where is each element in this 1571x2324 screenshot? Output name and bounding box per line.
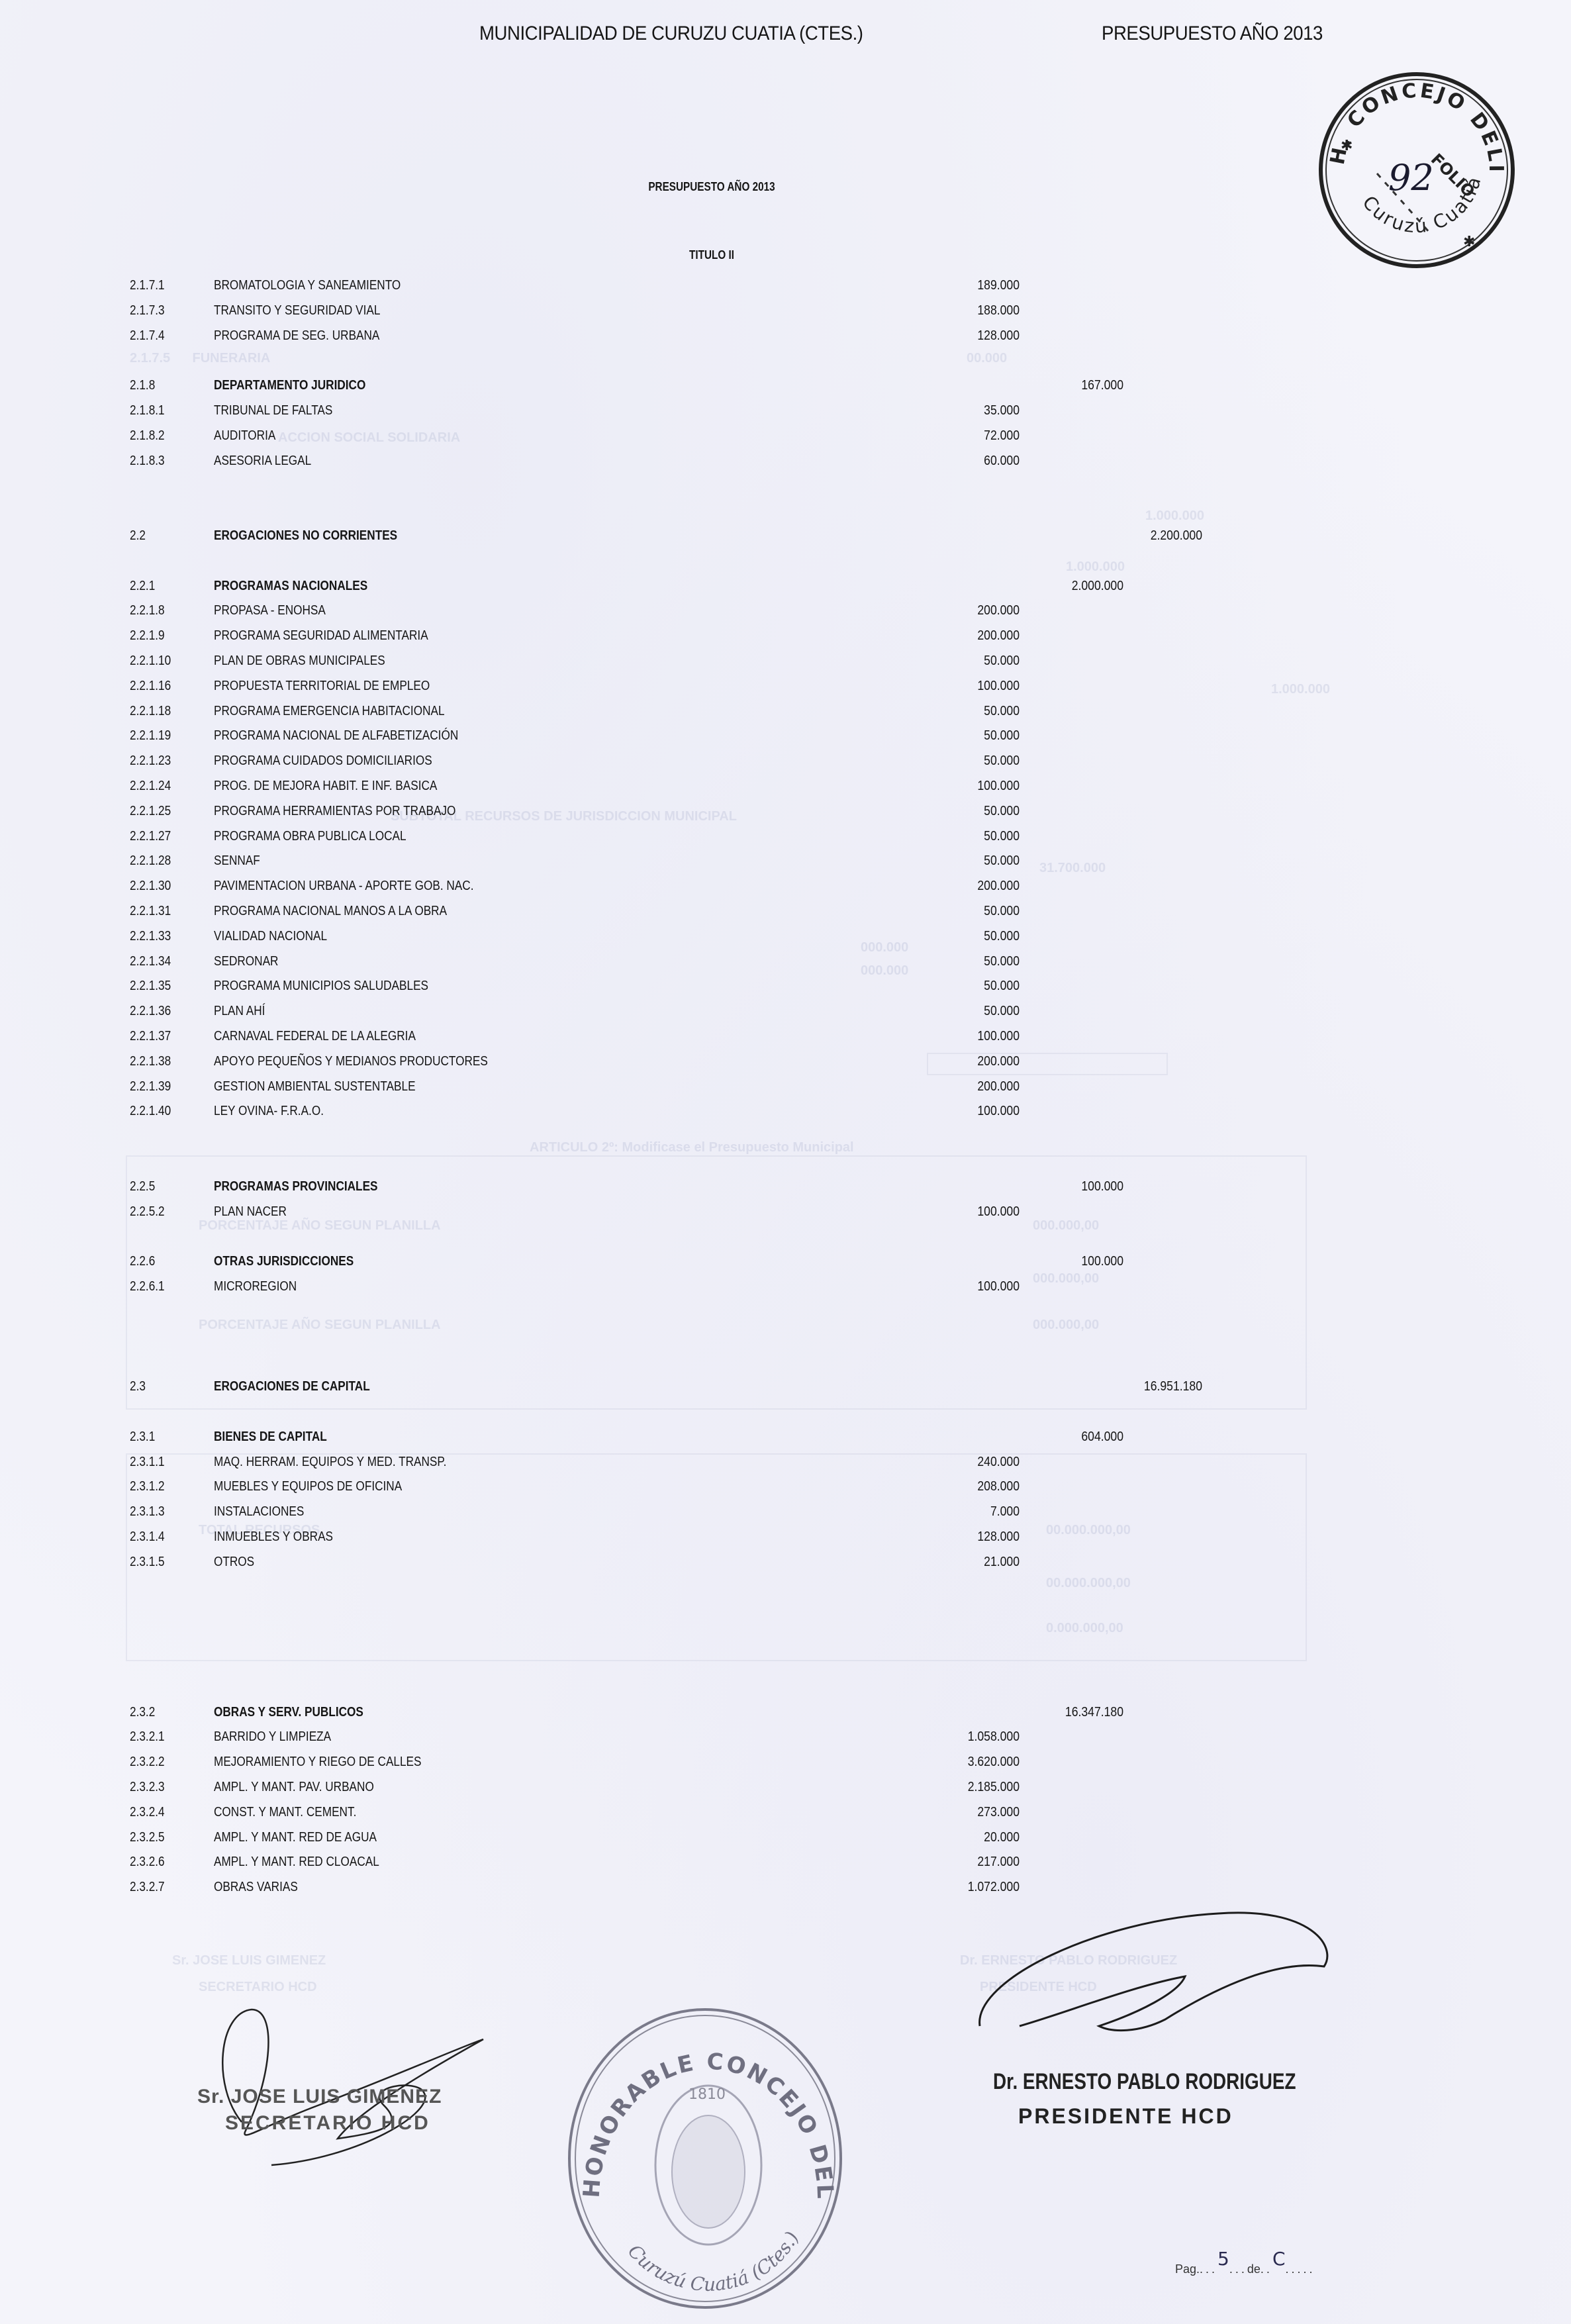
- amount-detail: 189.000: [868, 278, 1020, 293]
- table-row: 2.2.1.38APOYO PEQUEÑOS Y MEDIANOS PRODUC…: [0, 1054, 1571, 1074]
- amount-detail: 200.000: [868, 1079, 1020, 1094]
- account-description: TRANSITO Y SEGURIDAD VIAL: [214, 303, 380, 318]
- account-description: PROGRAMA OBRA PUBLICA LOCAL: [214, 829, 406, 844]
- account-description: PROGRAMAS NACIONALES: [214, 579, 367, 594]
- table-row: 2.1.8.3ASESORIA LEGAL60.000: [0, 454, 1571, 473]
- account-code: 2.2.1.10: [130, 654, 171, 669]
- account-code: 2.2.1.36: [130, 1004, 171, 1019]
- table-row: 2.3.1.2MUEBLES Y EQUIPOS DE OFICINA208.0…: [0, 1479, 1571, 1499]
- municipality-header: MUNICIPALIDAD DE CURUZU CUATIA (CTES.): [479, 23, 863, 45]
- amount-detail: 50.000: [868, 954, 1020, 969]
- account-description: EROGACIONES DE CAPITAL: [214, 1379, 370, 1394]
- account-code: 2.2.6.1: [130, 1279, 165, 1294]
- account-code: 2.2.1.28: [130, 853, 171, 869]
- account-description: PLAN DE OBRAS MUNICIPALES: [214, 654, 385, 669]
- amount-detail: 35.000: [868, 403, 1020, 418]
- account-code: 2.2.1: [130, 579, 155, 594]
- page-label: Pag.: [1175, 2262, 1200, 2276]
- account-description: PROGRAMAS PROVINCIALES: [214, 1179, 378, 1194]
- account-code: 2.3.2.1: [130, 1729, 165, 1745]
- account-code: 2.3.1.5: [130, 1555, 165, 1570]
- account-description: AMPL. Y MANT. RED CLOACAL: [214, 1855, 379, 1870]
- account-code: 2.3.1: [130, 1429, 155, 1445]
- page-total: C: [1272, 2248, 1286, 2270]
- amount-detail: 50.000: [868, 728, 1020, 744]
- table-row: 2.2.1.40LEY OVINA- F.R.A.O.100.000: [0, 1104, 1571, 1124]
- table-row: 2.2.1.35PROGRAMA MUNICIPIOS SALUDABLES50…: [0, 979, 1571, 998]
- table-row: 2.2.6.1MICROREGION100.000: [0, 1279, 1571, 1299]
- account-description: PROPASA - ENOHSA: [214, 603, 326, 618]
- amount-detail: 128.000: [868, 328, 1020, 344]
- account-description: PROGRAMA SEGURIDAD ALIMENTARIA: [214, 628, 428, 644]
- table-row: 2.2.1.23PROGRAMA CUIDADOS DOMICILIARIOS5…: [0, 753, 1571, 773]
- table-row: 2.3.2.4CONST. Y MANT. CEMENT.273.000: [0, 1805, 1571, 1825]
- amount-detail: 3.620.000: [868, 1755, 1020, 1770]
- amount-detail: 50.000: [868, 804, 1020, 819]
- account-code: 2.3.1.1: [130, 1455, 165, 1470]
- account-description: APOYO PEQUEÑOS Y MEDIANOS PRODUCTORES: [214, 1054, 488, 1069]
- table-section-row: 2.3.2OBRAS Y SERV. PUBLICOS16.347.180: [0, 1705, 1571, 1725]
- account-code: 2.1.8.3: [130, 454, 165, 469]
- page-current: 5: [1217, 2248, 1229, 2270]
- account-description: PROGRAMA EMERGENCIA HABITACIONAL: [214, 704, 445, 719]
- account-description: PROGRAMA CUIDADOS DOMICILIARIOS: [214, 753, 432, 769]
- account-code: 2.2.1.37: [130, 1029, 171, 1044]
- table-row: 2.2.1.19PROGRAMA NACIONAL DE ALFABETIZAC…: [0, 728, 1571, 748]
- table-section-row: 2.2.1PROGRAMAS NACIONALES2.000.000: [0, 579, 1571, 599]
- account-description: SEDRONAR: [214, 954, 278, 969]
- account-code: 2.3: [130, 1379, 146, 1394]
- table-row: 2.2.5.2PLAN NACER100.000: [0, 1204, 1571, 1224]
- table-row: 2.2.1.25PROGRAMA HERRAMIENTAS POR TRABAJ…: [0, 804, 1571, 824]
- council-seal-icon: HONORABLE CONCEJO DELIBERANTE Curuzú Cua…: [563, 2000, 847, 2311]
- account-code: 2.1.7.1: [130, 278, 165, 293]
- amount-detail: 2.185.000: [868, 1780, 1020, 1795]
- account-code: 2.2.1.23: [130, 753, 171, 769]
- table-row: 2.3.1.4INMUEBLES Y OBRAS128.000: [0, 1529, 1571, 1549]
- account-description: PROGRAMA MUNICIPIOS SALUDABLES: [214, 979, 428, 994]
- amount-detail: 240.000: [868, 1455, 1020, 1470]
- council-seal-year: 1810: [689, 2086, 726, 2103]
- secretary-name: Sr. JOSE LUIS GIMENEZ: [197, 2086, 442, 2108]
- table-row: 2.3.2.1BARRIDO Y LIMPIEZA1.058.000: [0, 1729, 1571, 1749]
- table-row: 2.3.2.6AMPL. Y MANT. RED CLOACAL217.000: [0, 1855, 1571, 1874]
- table-row: 2.2.1.28SENNAF50.000: [0, 853, 1571, 873]
- president-signature-icon: [967, 1894, 1337, 2046]
- account-description: ASESORIA LEGAL: [214, 454, 311, 469]
- account-code: 2.2.1.18: [130, 704, 171, 719]
- account-code: 2.1.7.3: [130, 303, 165, 318]
- account-description: GESTION AMBIENTAL SUSTENTABLE: [214, 1079, 416, 1094]
- account-code: 2.2.5: [130, 1179, 155, 1194]
- budget-year-header: PRESUPUESTO AÑO 2013: [1102, 23, 1323, 45]
- account-description: MEJORAMIENTO Y RIEGO DE CALLES: [214, 1755, 422, 1770]
- amount-detail: 50.000: [868, 853, 1020, 869]
- table-row: 2.1.8.2AUDITORIA72.000: [0, 428, 1571, 448]
- amount-detail: 100.000: [868, 679, 1020, 694]
- svg-text:✱: ✱: [1463, 233, 1475, 250]
- amount-detail: 50.000: [868, 704, 1020, 719]
- account-code: 2.2.6: [130, 1254, 155, 1269]
- table-row: 2.2.1.31PROGRAMA NACIONAL MANOS A LA OBR…: [0, 904, 1571, 924]
- account-description: PROPUESTA TERRITORIAL DE EMPLEO: [214, 679, 430, 694]
- section-title: TITULO II: [107, 248, 1317, 262]
- account-description: VIALIDAD NACIONAL: [214, 929, 327, 944]
- table-row: 2.2.1.27PROGRAMA OBRA PUBLICA LOCAL50.00…: [0, 829, 1571, 849]
- table-section-row: 2.1.8DEPARTAMENTO JURIDICO167.000: [0, 378, 1571, 398]
- amount-detail: 50.000: [868, 829, 1020, 844]
- account-code: 2.3.2.2: [130, 1755, 165, 1770]
- account-description: INSTALACIONES: [214, 1504, 304, 1520]
- account-code: 2.2.1.33: [130, 929, 171, 944]
- svg-text:✱: ✱: [1341, 137, 1353, 154]
- account-code: 2.2.1.38: [130, 1054, 171, 1069]
- account-code: 2.3.1.4: [130, 1529, 165, 1545]
- amount-detail: 50.000: [868, 904, 1020, 919]
- table-row: 2.3.2.5AMPL. Y MANT. RED DE AGUA20.000: [0, 1830, 1571, 1850]
- table-row: 2.2.1.18PROGRAMA EMERGENCIA HABITACIONAL…: [0, 704, 1571, 724]
- account-code: 2.3.2.4: [130, 1805, 165, 1820]
- account-code: 2.2.1.24: [130, 779, 171, 794]
- table-section-row: 2.3.1BIENES DE CAPITAL604.000: [0, 1429, 1571, 1449]
- table-row: 2.1.7.3TRANSITO Y SEGURIDAD VIAL188.000: [0, 303, 1571, 323]
- account-code: 2.3.2.7: [130, 1880, 165, 1895]
- account-description: BIENES DE CAPITAL: [214, 1429, 327, 1445]
- table-row: 2.3.2.2MEJORAMIENTO Y RIEGO DE CALLES3.6…: [0, 1755, 1571, 1774]
- account-description: OTROS: [214, 1555, 254, 1570]
- account-description: PROGRAMA DE SEG. URBANA: [214, 328, 379, 344]
- president-title: PRESIDENTE HCD: [1018, 2104, 1233, 2129]
- folio-stamp-icon: H. CONCEJO DELIBERANTE Curuzú Cuatiá ✱ ✱…: [1314, 68, 1519, 273]
- account-description: PLAN AHÍ: [214, 1004, 265, 1019]
- table-row: 2.3.1.1MAQ. HERRAM. EQUIPOS Y MED. TRANS…: [0, 1455, 1571, 1475]
- table-row: 2.2.1.34SEDRONAR50.000: [0, 954, 1571, 974]
- table-row: 2.2.1.33VIALIDAD NACIONAL50.000: [0, 929, 1571, 949]
- account-code: 2.2.1.25: [130, 804, 171, 819]
- amount-detail: 72.000: [868, 428, 1020, 444]
- account-description: CONST. Y MANT. CEMENT.: [214, 1805, 356, 1820]
- account-code: 2.2.1.9: [130, 628, 165, 644]
- amount-subtotal: 167.000: [972, 378, 1123, 393]
- account-code: 2.2.1.30: [130, 879, 171, 894]
- table-row: 2.3.2.3AMPL. Y MANT. PAV. URBANO2.185.00…: [0, 1780, 1571, 1800]
- amount-detail: 50.000: [868, 979, 1020, 994]
- account-code: 2.3.2.3: [130, 1780, 165, 1795]
- amount-detail: 200.000: [868, 628, 1020, 644]
- table-row: 2.2.1.24PROG. DE MEJORA HABIT. E INF. BA…: [0, 779, 1571, 799]
- account-code: 2.2.1.27: [130, 829, 171, 844]
- table-section-row: 2.3EROGACIONES DE CAPITAL16.951.180: [0, 1379, 1571, 1399]
- account-description: SENNAF: [214, 853, 260, 869]
- account-code: 2.2.1.31: [130, 904, 171, 919]
- table-row: 2.1.8.1TRIBUNAL DE FALTAS35.000: [0, 403, 1571, 423]
- account-code: 2.2.1.19: [130, 728, 171, 744]
- account-description: DEPARTAMENTO JURIDICO: [214, 378, 365, 393]
- account-description: INMUEBLES Y OBRAS: [214, 1529, 333, 1545]
- account-description: MUEBLES Y EQUIPOS DE OFICINA: [214, 1479, 402, 1494]
- amount-detail: 50.000: [868, 654, 1020, 669]
- account-code: 2.3.1.3: [130, 1504, 165, 1520]
- amount-detail: 188.000: [868, 303, 1020, 318]
- account-code: 2.2.1.34: [130, 954, 171, 969]
- account-code: 2.2.1.40: [130, 1104, 171, 1119]
- account-code: 2.1.8: [130, 378, 155, 393]
- amount-detail: 100.000: [868, 1104, 1020, 1119]
- account-code: 2.1.8.2: [130, 428, 165, 444]
- amount-subtotal: 100.000: [972, 1179, 1123, 1194]
- amount-detail: 50.000: [868, 753, 1020, 769]
- account-description: PROGRAMA NACIONAL DE ALFABETIZACIÓN: [214, 728, 458, 744]
- amount-detail: 100.000: [868, 1029, 1020, 1044]
- amount-detail: 7.000: [868, 1504, 1020, 1520]
- account-description: TRIBUNAL DE FALTAS: [214, 403, 332, 418]
- document-subtitle: PRESUPUESTO AÑO 2013: [107, 180, 1317, 194]
- amount-detail: 50.000: [868, 929, 1020, 944]
- amount-detail: 200.000: [868, 603, 1020, 618]
- table-row: 2.2.1.30PAVIMENTACION URBANA - APORTE GO…: [0, 879, 1571, 898]
- amount-subtotal: 100.000: [972, 1254, 1123, 1269]
- table-row: 2.1.7.1BROMATOLOGIA Y SANEAMIENTO189.000: [0, 278, 1571, 298]
- account-description: PLAN NACER: [214, 1204, 287, 1220]
- amount-detail: 128.000: [868, 1529, 1020, 1545]
- amount-detail: 20.000: [868, 1830, 1020, 1845]
- account-description: OBRAS VARIAS: [214, 1880, 298, 1895]
- account-description: EROGACIONES NO CORRIENTES: [214, 528, 397, 544]
- account-code: 2.3.2.5: [130, 1830, 165, 1845]
- table-row: 2.2.1.16PROPUESTA TERRITORIAL DE EMPLEO1…: [0, 679, 1571, 699]
- amount-detail: 50.000: [868, 1004, 1020, 1019]
- amount-subtotal: 16.347.180: [972, 1705, 1123, 1720]
- account-code: 2.2.1.35: [130, 979, 171, 994]
- account-description: CARNAVAL FEDERAL DE LA ALEGRIA: [214, 1029, 416, 1044]
- secretary-title: SECRETARIO HCD: [225, 2112, 430, 2135]
- account-description: PROG. DE MEJORA HABIT. E INF. BASICA: [214, 779, 437, 794]
- amount-detail: 1.058.000: [868, 1729, 1020, 1745]
- account-description: PAVIMENTACION URBANA - APORTE GOB. NAC.: [214, 879, 473, 894]
- table-section-row: 2.2EROGACIONES NO CORRIENTES2.200.000: [0, 528, 1571, 548]
- account-description: MAQ. HERRAM. EQUIPOS Y MED. TRANSP.: [214, 1455, 446, 1470]
- amount-detail: 217.000: [868, 1855, 1020, 1870]
- table-row: 2.2.1.36PLAN AHÍ50.000: [0, 1004, 1571, 1024]
- table-row: 2.2.1.10PLAN DE OBRAS MUNICIPALES50.000: [0, 654, 1571, 673]
- account-code: 2.3.2: [130, 1705, 155, 1720]
- amount-detail: 200.000: [868, 1054, 1020, 1069]
- account-description: PROGRAMA NACIONAL MANOS A LA OBRA: [214, 904, 447, 919]
- president-name: Dr. ERNESTO PABLO RODRIGUEZ: [993, 2069, 1296, 2095]
- account-description: LEY OVINA- F.R.A.O.: [214, 1104, 324, 1119]
- account-description: BROMATOLOGIA Y SANEAMIENTO: [214, 278, 401, 293]
- account-description: BARRIDO Y LIMPIEZA: [214, 1729, 331, 1745]
- amount-detail: 21.000: [868, 1555, 1020, 1570]
- account-code: 2.1.7.4: [130, 328, 165, 344]
- account-code: 2.3.2.6: [130, 1855, 165, 1870]
- account-code: 2.2.1.8: [130, 603, 165, 618]
- table-row: 2.2.1.8PROPASA - ENOHSA200.000: [0, 603, 1571, 623]
- table-row: 2.2.1.9PROGRAMA SEGURIDAD ALIMENTARIA200…: [0, 628, 1571, 648]
- account-code: 2.2.1.39: [130, 1079, 171, 1094]
- table-section-row: 2.2.6OTRAS JURISDICCIONES100.000: [0, 1254, 1571, 1274]
- account-description: MICROREGION: [214, 1279, 297, 1294]
- amount-total: 16.951.180: [1051, 1379, 1202, 1394]
- account-code: 2.2: [130, 528, 146, 544]
- table-row: 2.2.1.37CARNAVAL FEDERAL DE LA ALEGRIA10…: [0, 1029, 1571, 1049]
- account-description: OBRAS Y SERV. PUBLICOS: [214, 1705, 363, 1720]
- account-code: 2.3.1.2: [130, 1479, 165, 1494]
- page-of-label: de: [1247, 2262, 1261, 2276]
- account-description: PROGRAMA HERRAMIENTAS POR TRABAJO: [214, 804, 455, 819]
- page-number: Pag....5...de..C.....: [1175, 2256, 1315, 2278]
- amount-total: 2.200.000: [1051, 528, 1202, 544]
- amount-subtotal: 604.000: [972, 1429, 1123, 1445]
- amount-detail: 100.000: [868, 779, 1020, 794]
- amount-detail: 208.000: [868, 1479, 1020, 1494]
- table-row: 2.2.1.39GESTION AMBIENTAL SUSTENTABLE200…: [0, 1079, 1571, 1099]
- account-description: OTRAS JURISDICCIONES: [214, 1254, 354, 1269]
- account-code: 2.1.8.1: [130, 403, 165, 418]
- table-row: 2.3.1.5OTROS21.000: [0, 1555, 1571, 1574]
- amount-subtotal: 2.000.000: [972, 579, 1123, 594]
- account-description: AUDITORIA: [214, 428, 275, 444]
- table-row: 2.1.7.4PROGRAMA DE SEG. URBANA128.000: [0, 328, 1571, 348]
- account-code: 2.2.5.2: [130, 1204, 165, 1220]
- account-description: AMPL. Y MANT. PAV. URBANO: [214, 1780, 374, 1795]
- amount-detail: 60.000: [868, 454, 1020, 469]
- amount-detail: 1.072.000: [868, 1880, 1020, 1895]
- amount-detail: 100.000: [868, 1204, 1020, 1220]
- table-row: 2.3.1.3INSTALACIONES7.000: [0, 1504, 1571, 1524]
- amount-detail: 273.000: [868, 1805, 1020, 1820]
- amount-detail: 200.000: [868, 879, 1020, 894]
- table-section-row: 2.2.5PROGRAMAS PROVINCIALES100.000: [0, 1179, 1571, 1199]
- account-code: 2.2.1.16: [130, 679, 171, 694]
- account-description: AMPL. Y MANT. RED DE AGUA: [214, 1830, 377, 1845]
- amount-detail: 100.000: [868, 1279, 1020, 1294]
